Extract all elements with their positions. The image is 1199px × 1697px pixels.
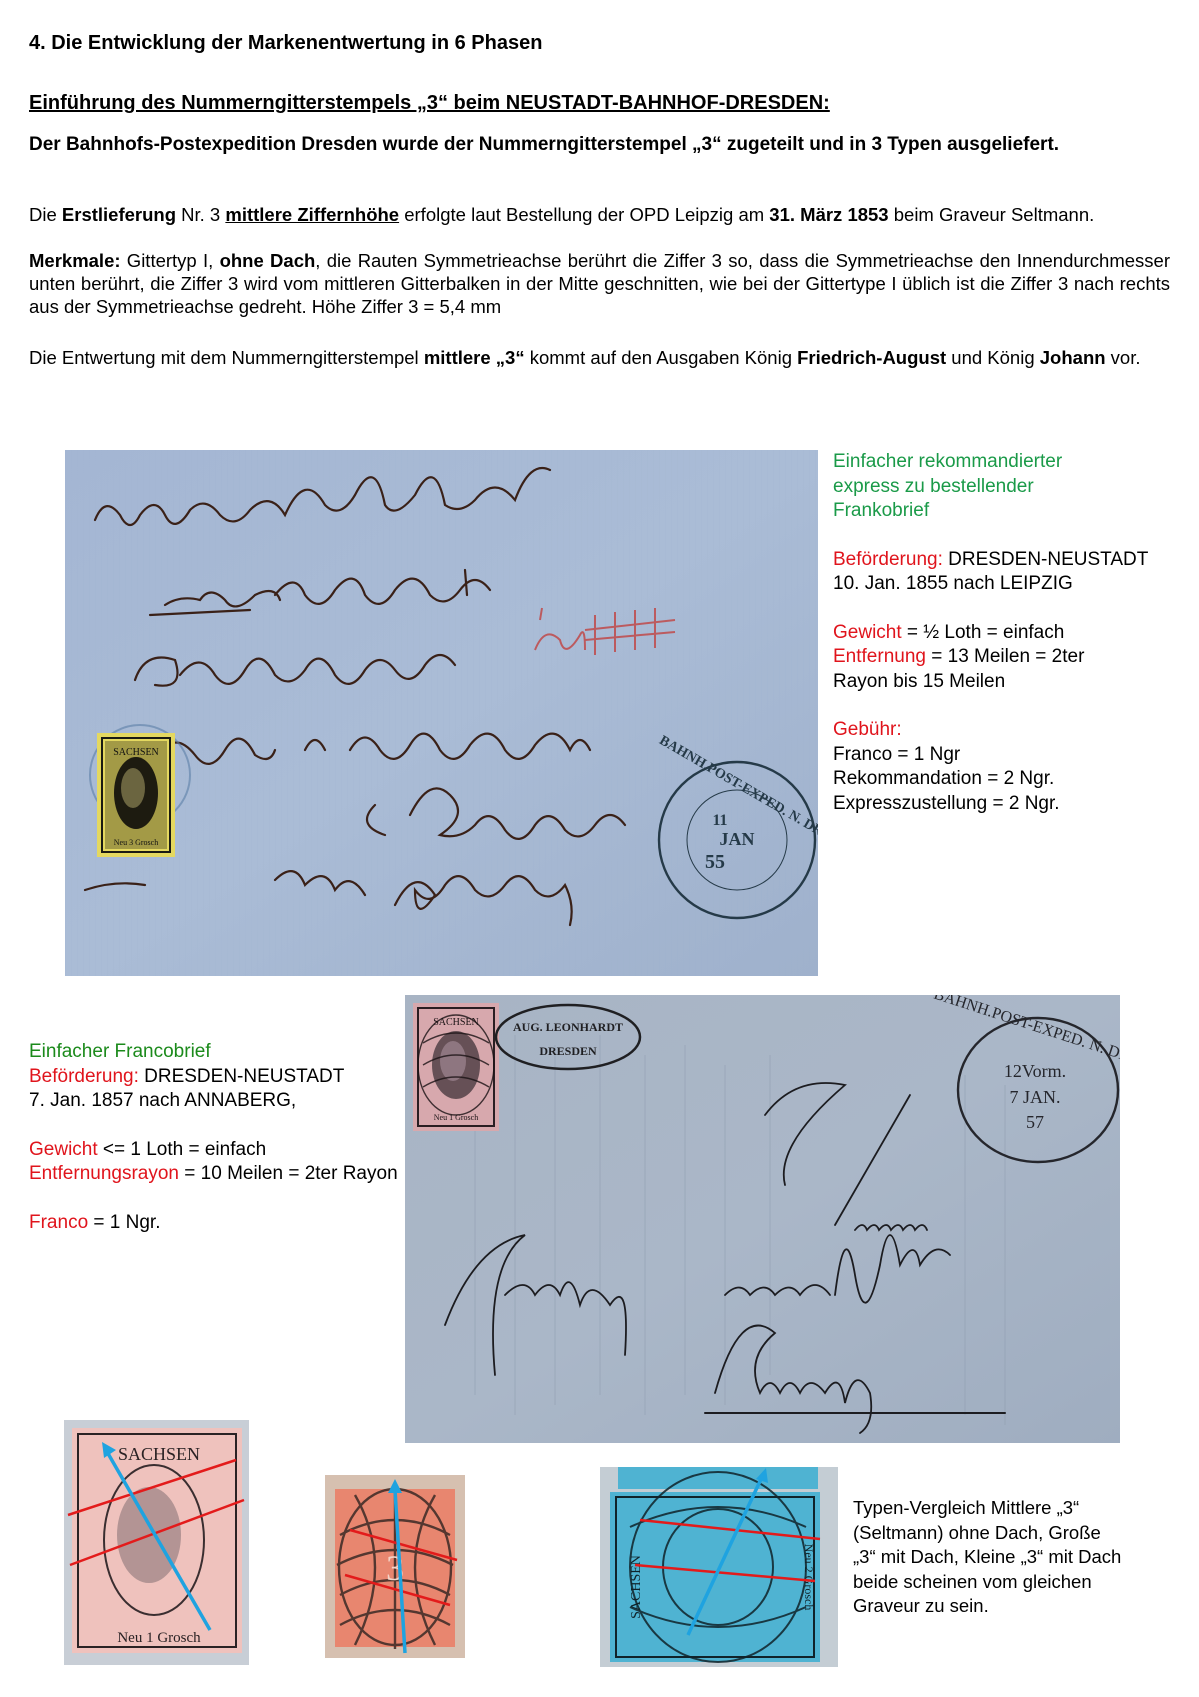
label: Beförderung: [833, 549, 943, 570]
svg-text:Neu 3 Grosch: Neu 3 Grosch [114, 838, 158, 847]
value: = ½ Loth = einfach [902, 622, 1065, 643]
svg-text:Neu 2 Grosch: Neu 2 Grosch [802, 1544, 816, 1611]
letter-1-fee-1: Rekommandation = 2 Ngr. [833, 767, 1163, 792]
label: Gewicht [833, 622, 902, 643]
text: Die Entwertung mit dem Nummerngitterstem… [29, 347, 424, 368]
letter-1-distance: Entfernung = 13 Meilen = 2ter Rayon bis … [833, 645, 1143, 694]
text: Nr. 3 [176, 204, 225, 225]
label: Gewicht [29, 1139, 98, 1160]
bold-date: 31. März 1853 [769, 204, 888, 225]
paragraph-entwertung: Die Entwertung mit dem Nummerngitterstem… [29, 346, 1170, 369]
letter-2-transport: Beförderung: DRESDEN-NEUSTADT 7. Jan. 18… [29, 1065, 349, 1114]
comparison-stamp-mittlere-3: SACHSEN Neu 1 Grosch [64, 1420, 249, 1665]
cover-image-annaberg: SACHSEN Neu 1 Grosch AUG. LEONHARDT DRES… [405, 995, 1120, 1443]
intro-paragraph: Der Bahnhofs-Postexpedition Dresden wurd… [29, 133, 1170, 156]
bold-text: mittlere „3“ [424, 347, 525, 368]
paragraph-merkmale: Merkmale: Gittertyp I, ohne Dach, die Ra… [29, 249, 1170, 318]
text: und König [946, 347, 1040, 368]
bold-text: Merkmale: [29, 250, 121, 271]
cover-image-leipzig: BAHNH.POST-EXPED. N. DRESDEN JAN 11 55 S… [65, 450, 818, 976]
value: = 1 Ngr. [88, 1212, 160, 1233]
paragraph-erstlieferung: Die Erstlieferung Nr. 3 mittlere Ziffern… [29, 203, 1170, 226]
svg-text:JAN: JAN [720, 829, 755, 849]
letter-1-title: Einfacher rekommandierter express zu bes… [833, 450, 1118, 524]
letter-2-distance: Entfernungsrayon = 10 Meilen = 2ter Rayo… [29, 1162, 399, 1187]
comparison-stamp-grosse-3: 3 [325, 1475, 465, 1658]
value: = 10 Meilen = 2ter Rayon [179, 1163, 398, 1184]
letter-1-fee-2: Expresszustellung = 2 Ngr. [833, 792, 1163, 817]
svg-text:11: 11 [712, 812, 727, 829]
letter-2-title: Einfacher Francobrief [29, 1040, 409, 1065]
svg-text:SACHSEN: SACHSEN [113, 747, 159, 758]
letter-1-fee-0: Franco = 1 Ngr [833, 743, 1163, 768]
comparison-caption: Typen-Vergleich Mittlere „3“ (Seltmann) … [853, 1496, 1123, 1619]
svg-text:AUG. LEONHARDT: AUG. LEONHARDT [513, 1020, 623, 1034]
bold-text: Johann [1040, 347, 1106, 368]
bold-underlined-text: mittlere Ziffernhöhe [225, 204, 399, 225]
label: Beförderung: [29, 1066, 139, 1087]
label: Entfernungsrayon [29, 1163, 179, 1184]
text: beim Graveur Seltmann. [889, 204, 1095, 225]
caption-letter-1: Einfacher rekommandierter express zu bes… [833, 450, 1163, 816]
svg-text:55: 55 [705, 851, 725, 873]
letter-1-weight: Gewicht = ½ Loth = einfach [833, 621, 1163, 646]
letter-1-transport: Beförderung: DRESDEN-NEUSTADT 10. Jan. 1… [833, 548, 1153, 597]
bold-text: Friedrich-August [797, 347, 946, 368]
text: Die [29, 204, 62, 225]
text: kommt auf den Ausgaben König [525, 347, 798, 368]
svg-text:12Vorm.: 12Vorm. [1004, 1061, 1066, 1081]
value: <= 1 Loth = einfach [98, 1139, 267, 1160]
bold-text: ohne Dach [220, 250, 316, 271]
svg-text:DRESDEN: DRESDEN [539, 1044, 597, 1058]
letter-2-weight: Gewicht <= 1 Loth = einfach [29, 1138, 409, 1163]
caption-letter-2: Einfacher Francobrief Beförderung: DRESD… [29, 1040, 409, 1235]
section-heading: Einführung des Nummerngitterstempels „3“… [29, 92, 830, 115]
svg-text:SACHSEN: SACHSEN [118, 1444, 200, 1464]
text: erfolgte laut Bestellung der OPD Leipzig… [399, 204, 769, 225]
text: Gittertyp I, [121, 250, 220, 271]
letter-1-fee-label: Gebühr: [833, 718, 1163, 743]
svg-text:57: 57 [1026, 1112, 1044, 1132]
svg-text:Neu 1 Grosch: Neu 1 Grosch [117, 1630, 201, 1646]
text: vor. [1106, 347, 1141, 368]
bold-text: Erstlieferung [62, 204, 176, 225]
label: Entfernung [833, 646, 926, 667]
letter-2-fee: Franco = 1 Ngr. [29, 1211, 409, 1236]
label: Franco [29, 1212, 88, 1233]
svg-text:7 JAN.: 7 JAN. [1009, 1087, 1060, 1107]
page-heading: 4. Die Entwicklung der Markenentwertung … [29, 32, 542, 55]
comparison-stamp-kleine-3: SACHSEN Neu 2 Grosch [600, 1467, 838, 1667]
